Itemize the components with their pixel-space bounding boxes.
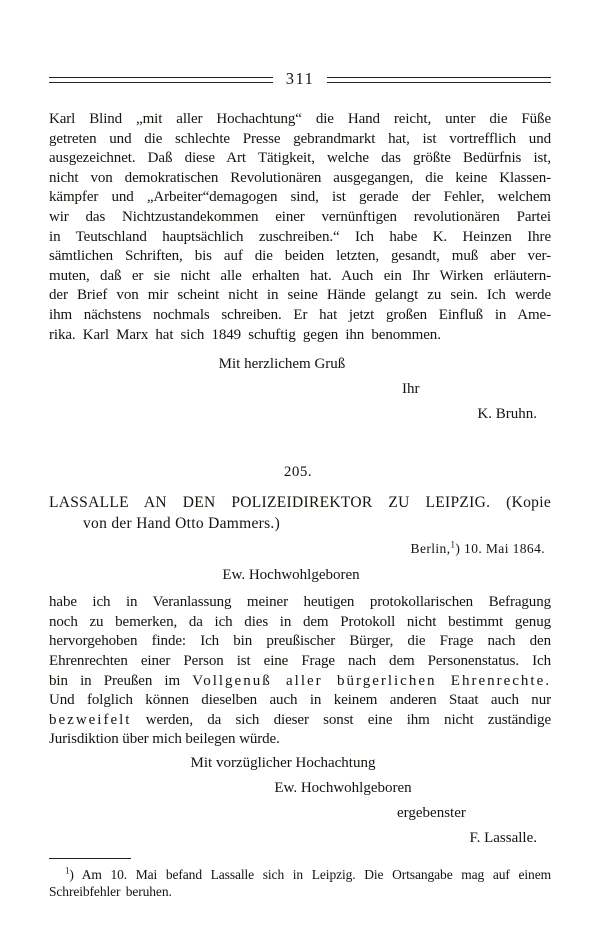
lassalle-closing: Mit vorzüglicher Hochachtung — [49, 753, 551, 773]
bruhn-signature: K. Bruhn. — [49, 404, 551, 424]
text-line: ihm nächstens nochmals schreiben. Er hat… — [49, 306, 551, 326]
dateline: Berlin,1) 10. Mai 1864. — [49, 540, 551, 557]
dateline-date: ) 10. Mai 1864. — [455, 541, 545, 556]
section-heading: LASSALLE AN DEN POLIZEIDIREKTOR ZU LEIPZ… — [49, 492, 551, 534]
footnote-separator — [49, 858, 131, 859]
dateline-place: Berlin, — [411, 541, 451, 556]
text-line: hervorgehoben finde: Ich bin preußischer… — [49, 632, 551, 652]
footnote: 1) Am 10. Mai befand Lassalle sich in Le… — [49, 866, 551, 901]
text-line: bezweifelt werden, da sich dieser sonst … — [49, 711, 551, 731]
text-line: Und folglich können dieselben auch in ke… — [49, 691, 551, 711]
emphasized-text: bezweifelt — [49, 712, 131, 728]
text-line: sämtlichen Schriften, bis auf die beiden… — [49, 247, 551, 267]
text-line: muten, daß er sie nicht alle erhalten ha… — [49, 267, 551, 287]
emphasized-text: Vollgenuß aller bürgerlichen Ehrenrechte… — [192, 673, 551, 689]
lassalle-signoff: ergebenster — [397, 803, 551, 823]
text-line: in Teutschland hauptsächlich zuschreiben… — [49, 228, 551, 248]
letter-lassalle-body: habe ich in Veranlassung meiner heutigen… — [49, 593, 551, 750]
text-line: bin in Preußen im Vollgenuß aller bürger… — [49, 672, 551, 692]
bruhn-closing: Mit herzlichem Gruß — [49, 354, 551, 374]
text-line: wir das Nichtzustandekommen einer vernün… — [49, 208, 551, 228]
header-rule-right — [327, 77, 551, 83]
text-line: Jurisdiktion über mich beilegen würde. — [49, 730, 551, 750]
text-line: nicht von demokratischen Revolutionären … — [49, 169, 551, 189]
lassalle-address: Ew. Hochwohlgeboren — [49, 778, 551, 798]
heading-line: LASSALLE AN DEN POLIZEIDIREKTOR ZU LEIPZ… — [49, 492, 551, 513]
text-line: der Brief von mir scheint nicht in seine… — [49, 286, 551, 306]
text-line: noch zu bemerken, da ich dies in dem Pro… — [49, 613, 551, 633]
text-line: ausgezeichnet. Daß diese Art Tätigkeit, … — [49, 149, 551, 169]
page-number: 311 — [286, 69, 315, 89]
footnote-line: Schreibfehler beruhen. — [49, 883, 551, 901]
letter-bruhn-body: Karl Blind „mit aller Hochachtung“ die H… — [49, 110, 551, 345]
text-line: kämpfer und „Arbeiter“demagogen sind, is… — [49, 188, 551, 208]
text-line: Ehrenrechten einer Person ist eine Frage… — [49, 652, 551, 672]
section-number: 205. — [49, 462, 551, 482]
text-line: habe ich in Veranlassung meiner heutigen… — [49, 593, 551, 613]
text-line: Karl Blind „mit aller Hochachtung“ die H… — [49, 110, 551, 130]
text-line: rika. Karl Marx hat sich 1849 schuftig g… — [49, 326, 551, 346]
heading-line: von der Hand Otto Dammers.) — [49, 513, 551, 534]
footnote-line: 1) Am 10. Mai befand Lassalle sich in Le… — [49, 866, 551, 884]
lassalle-signature: F. Lassalle. — [49, 828, 551, 848]
page-header: 311 — [49, 70, 551, 90]
text-line: getreten und die schlechte Presse gebran… — [49, 130, 551, 150]
book-page: 311 Karl Blind „mit aller Hochachtung“ d… — [0, 0, 600, 951]
salutation: Ew. Hochwohlgeboren — [49, 565, 551, 585]
bruhn-signoff: Ihr — [402, 379, 551, 399]
header-rule-left — [49, 77, 273, 83]
